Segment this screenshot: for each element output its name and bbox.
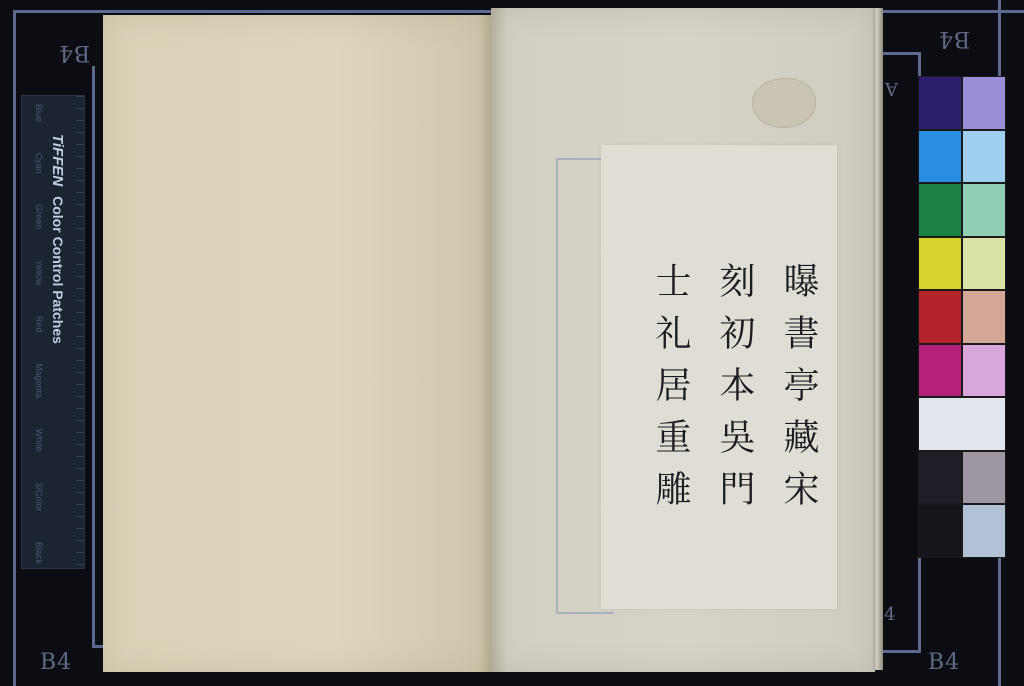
color-patch [962,76,1006,130]
tiffen-patch-names: Blue Cyan Green Yellow Red Magenta White… [34,104,44,564]
ruler-scale [76,96,84,568]
patch-name: White [34,429,44,452]
color-patch [918,344,962,398]
color-patch [918,183,962,237]
color-patch [962,504,1006,558]
color-checker [918,76,1006,558]
frame-label-right-inner-bottom: 4 [884,604,896,625]
color-patch [962,290,1006,344]
patch-name: Blue [34,104,44,122]
color-patch [962,344,1006,398]
frame-label-bottom-left: B4 [40,650,72,675]
title-label-text: 曝書亭藏宋 刻初本吳門 士礼居重雕 [650,262,818,522]
color-patch [918,451,962,505]
frame-label-top-left: B4 [58,40,90,65]
color-patch [918,130,962,184]
frame-line-right-inner-top [878,52,921,55]
label-column-3: 士礼居重雕 [650,262,690,522]
frame-line-left-outer [13,10,16,686]
frame-label-top-right: B4 [938,26,970,51]
patch-name: Green [34,204,44,229]
frame-line-right-inner-bottom [878,650,921,653]
label-column-1: 曝書亭藏宋 [778,262,818,522]
tiffen-color-control-strip: TiFFEN Color Control Patches Blue Cyan G… [21,95,85,569]
tiffen-logo: TiFFEN [49,134,66,186]
label-column-2: 刻初本吳門 [714,262,754,522]
color-patch [918,290,962,344]
patch-name: Black [34,542,44,564]
left-page-blank [103,15,491,672]
color-patch [962,130,1006,184]
color-patch [962,183,1006,237]
frame-label-bottom-right: B4 [928,650,960,675]
frame-label-right-inner-top: A [884,78,898,99]
patch-name: Red [34,316,44,333]
frame-line-left-inner [92,66,95,648]
water-stain [752,78,816,128]
patch-name: 3/Color [34,482,44,511]
tiffen-title: Color Control Patches [50,196,66,344]
patch-name: Yellow [34,260,44,286]
patch-name: Magenta [34,363,44,398]
color-patch [918,504,962,558]
color-patch [918,237,962,291]
patch-name: Cyan [34,153,44,174]
color-patch-white [918,397,1006,451]
color-patch [962,237,1006,291]
color-patch [918,76,962,130]
page-edge [873,8,883,670]
color-patch [962,451,1006,505]
tiffen-brand-row: TiFFEN Color Control Patches [49,134,66,344]
